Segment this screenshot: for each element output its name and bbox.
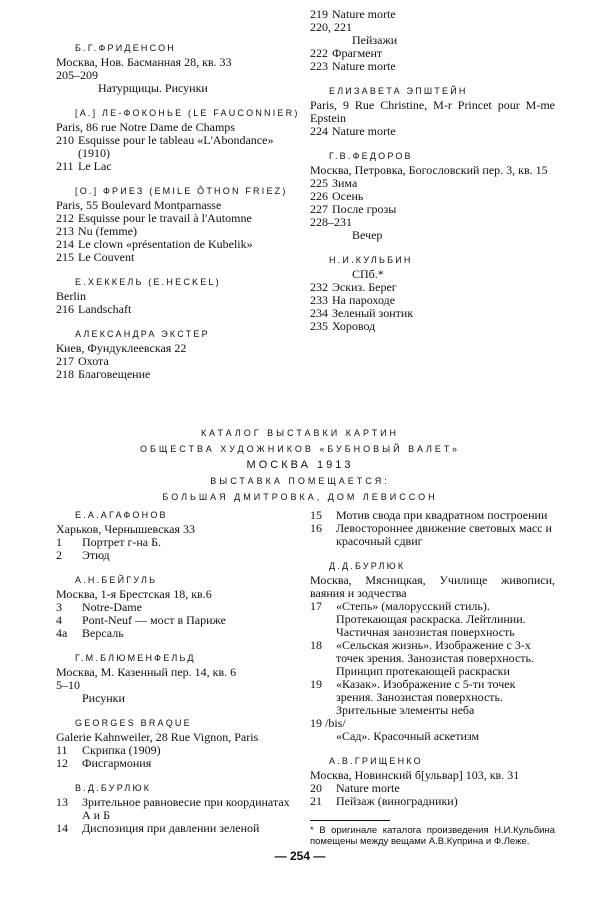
artist-entry: [О.] ФРИЕЗ (EMILE ÔTHON FRIEZ)Paris, 55 … <box>56 185 301 264</box>
item-title: Le Lac <box>78 160 301 173</box>
artist-entry: ЕЛИЗАВЕТА ЭПШТЕЙНParis, 9 Rue Christine,… <box>310 85 555 138</box>
artist-name: [О.] ФРИЕЗ (EMILE ÔTHON FRIEZ) <box>56 185 301 198</box>
item-title: «Казак». Изображение с 5-ти точек зрения… <box>336 678 555 717</box>
artist-entry: АЛЕКСАНДРА ЭКСТЕРКиев, Фундуклеевская 22… <box>56 328 301 381</box>
header-line: МОСКВА 1913 <box>0 457 600 473</box>
item-number: 235 <box>310 320 332 333</box>
footnote-divider <box>310 820 390 821</box>
item-number: 12 <box>56 757 82 770</box>
artist-name: Е.А.АГАФОНОВ <box>56 509 301 522</box>
artist-name: АЛЕКСАНДРА ЭКСТЕР <box>56 328 301 341</box>
artist-address: Paris, 9 Rue Christine, M-r Princet pour… <box>310 99 555 125</box>
catalog-column-bottom-right: 15Мотив свода при квадратном построении1… <box>310 509 555 847</box>
artist-name: Е.ХЕККЕЛЬ (E.HECKEL) <box>56 276 301 289</box>
catalog-item: 220, 221 <box>310 21 555 34</box>
item-subtitle: Вечер <box>310 229 555 242</box>
catalog-item: 12Фисгармония <box>56 757 301 770</box>
artist-name: ЕЛИЗАВЕТА ЭПШТЕЙН <box>310 85 555 98</box>
item-title: Зрительное равновесие при координатах А … <box>82 796 301 822</box>
artist-entry: Е.ХЕККЕЛЬ (E.HECKEL)Berlin216Landschaft <box>56 276 301 316</box>
header-line: КАТАЛОГ ВЫСТАВКИ КАРТИН <box>0 425 600 441</box>
header-line: БОЛЬШАЯ ДМИТРОВКА, ДОМ ЛЕВИССОН <box>0 489 600 505</box>
catalog-item: 210Esquisse pour le tableau «L'Abondance… <box>56 134 301 160</box>
item-number: 4a <box>56 627 82 640</box>
item-title: Этюд <box>82 549 301 562</box>
catalog-item: 19«Казак». Изображение с 5-ти точек зрен… <box>310 678 555 717</box>
item-title: Хоровод <box>332 320 555 333</box>
item-title <box>355 216 555 229</box>
item-title: Le Couvent <box>78 251 301 264</box>
item-title: Фисгармония <box>82 757 301 770</box>
artist-name: Н.И.КУЛЬБИН <box>310 254 555 267</box>
catalog-item: 4aВерсаль <box>56 627 301 640</box>
header-line: ОБЩЕСТВА ХУДОЖНИКОВ «БУБНОВЫЙ ВАЛЕТ» <box>0 441 600 457</box>
item-title: Nature morte <box>332 8 555 21</box>
catalog-item: 17«Степь» (малорусский стиль). Протекающ… <box>310 600 555 639</box>
catalog-item: 13Зрительное равновесие при координатах … <box>56 796 301 822</box>
artist-entry: Н.И.КУЛЬБИНСПб.*232Эскиз. Берег233На пар… <box>310 254 555 333</box>
artist-name: GEORGES BRAQUE <box>56 717 301 730</box>
item-number: 228–231 <box>310 216 355 229</box>
item-number: 13 <box>56 796 82 822</box>
artist-entry: А.В.ГРИЩЕНКОМосква, Новинский б[ульвар] … <box>310 755 555 808</box>
item-title: Диспозиция при давлении зеленой <box>82 822 301 835</box>
artist-entry: Б.Г.ФРИДЕНСОНМосква, Нов. Басманная 28, … <box>56 42 301 95</box>
item-number: 5–10 <box>56 679 82 692</box>
artist-entry: А.Н.БЕЙГУЛЬМосква, 1-я Брестская 18, кв.… <box>56 574 301 640</box>
item-number: 205–209 <box>56 69 101 82</box>
catalog-column-bottom-left: Е.А.АГАФОНОВХарьков, Чернышевская 331Пор… <box>56 509 301 847</box>
artist-entry: Е.А.АГАФОНОВХарьков, Чернышевская 331Пор… <box>56 509 301 562</box>
catalog-item: 215Le Couvent <box>56 251 301 264</box>
item-title: Левостороннее движение световых масс и к… <box>336 522 555 548</box>
catalog-header: КАТАЛОГ ВЫСТАВКИ КАРТИН ОБЩЕСТВА ХУДОЖНИ… <box>0 425 600 505</box>
catalog-item: 21Пейзаж (виноградники) <box>310 795 555 808</box>
item-number: 224 <box>310 125 332 138</box>
catalog-item: 228–231 <box>310 216 555 229</box>
header-line: ВЫСТАВКА ПОМЕЩАЕТСЯ: <box>0 473 600 489</box>
item-title: Портрет г-на Б. <box>82 536 301 549</box>
item-title: «Степь» (малорусский стиль). Протекающая… <box>336 600 555 639</box>
catalog-item: 218Благовещение <box>56 368 301 381</box>
item-number: 18 <box>310 639 336 678</box>
item-number: 17 <box>310 600 336 639</box>
item-title: Landschaft <box>78 303 301 316</box>
catalog-item: 224Nature morte <box>310 125 555 138</box>
item-number: 211 <box>56 160 78 173</box>
item-subtitle: «Сад». Красочный аскетизм <box>310 730 555 743</box>
item-title: Зима <box>332 177 555 190</box>
artist-address: Москва, М. Казенный пер. 14, кв. 6 <box>56 666 301 679</box>
artist-entry: В.Д.БУРЛЮК13Зрительное равновесие при ко… <box>56 782 301 835</box>
item-title: Версаль <box>82 627 301 640</box>
artist-address: Москва, Мясницкая, Училище живописи, вая… <box>310 574 555 600</box>
catalog-item: 16Левостороннее движение световых масс и… <box>310 522 555 548</box>
catalog-item: 18«Сельская жизнь». Изображение с 3-х то… <box>310 639 555 678</box>
artist-name: А.В.ГРИЩЕНКО <box>310 755 555 768</box>
artist-name: В.Д.БУРЛЮК <box>56 782 301 795</box>
item-number: 210 <box>56 134 78 160</box>
artist-name: А.Н.БЕЙГУЛЬ <box>56 574 301 587</box>
catalog-column-top-left: Б.Г.ФРИДЕНСОНМосква, Нов. Басманная 28, … <box>56 42 301 393</box>
catalog-item: 211Le Lac <box>56 160 301 173</box>
item-number: 14 <box>56 822 82 835</box>
item-title: После грозы <box>332 203 555 216</box>
artist-name: Д.Д.БУРЛЮК <box>310 560 555 573</box>
artist-name: Б.Г.ФРИДЕНСОН <box>56 42 301 55</box>
item-number: 16 <box>310 522 336 548</box>
item-title: «Сельская жизнь». Изображение с 3-х точе… <box>336 639 555 678</box>
artist-entry: [А.] ЛЕ-ФОКОНЬЕ (LE FAUCONNIER)Paris, 86… <box>56 107 301 173</box>
item-number: 2 <box>56 549 82 562</box>
artist-name: Г.М.БЛЮМЕНФЕЛЬД <box>56 652 301 665</box>
artist-entry: 15Мотив свода при квадратном построении1… <box>310 509 555 548</box>
item-number: 21 <box>310 795 336 808</box>
item-title: Благовещение <box>78 368 301 381</box>
item-number: 215 <box>56 251 78 264</box>
page-number: — 254 — <box>0 850 600 863</box>
item-title: Nature morte <box>332 125 555 138</box>
artist-entry: Г.М.БЛЮМЕНФЕЛЬДМосква, М. Казенный пер. … <box>56 652 301 705</box>
footnote: * В оригинале каталога произведения Н.И.… <box>310 825 555 847</box>
item-number: 223 <box>310 60 332 73</box>
catalog-item: 216Landschaft <box>56 303 301 316</box>
item-subtitle: Рисунки <box>56 692 301 705</box>
catalog-item: 14Диспозиция при давлении зеленой <box>56 822 301 835</box>
catalog-item: 223Nature morte <box>310 60 555 73</box>
item-number: 218 <box>56 368 78 381</box>
artist-entry: Г.В.ФЕДОРОВМосква, Петровка, Богословски… <box>310 150 555 242</box>
artist-name: [А.] ЛЕ-ФОКОНЬЕ (LE FAUCONNIER) <box>56 107 301 120</box>
item-number: 19 <box>310 678 336 717</box>
artist-entry: 219Nature morte220, 221Пейзажи222Фрагмен… <box>310 8 555 73</box>
item-number: 216 <box>56 303 78 316</box>
catalog-column-top-right: 219Nature morte220, 221Пейзажи222Фрагмен… <box>310 8 555 345</box>
item-subtitle: Натурщицы. Рисунки <box>56 82 301 95</box>
artist-name: Г.В.ФЕДОРОВ <box>310 150 555 163</box>
item-number: 220, 221 <box>310 21 355 34</box>
catalog-item: 235Хоровод <box>310 320 555 333</box>
artist-entry: GEORGES BRAQUEGalerie Kahnweiler, 28 Rue… <box>56 717 301 770</box>
catalog-item: 2Этюд <box>56 549 301 562</box>
artist-entry: Д.Д.БУРЛЮКМосква, Мясницкая, Училище жив… <box>310 560 555 743</box>
item-title: Esquisse pour le tableau «L'Abondance» (… <box>78 134 301 160</box>
item-title: Пейзаж (виноградники) <box>336 795 555 808</box>
item-title: Nature morte <box>332 60 555 73</box>
